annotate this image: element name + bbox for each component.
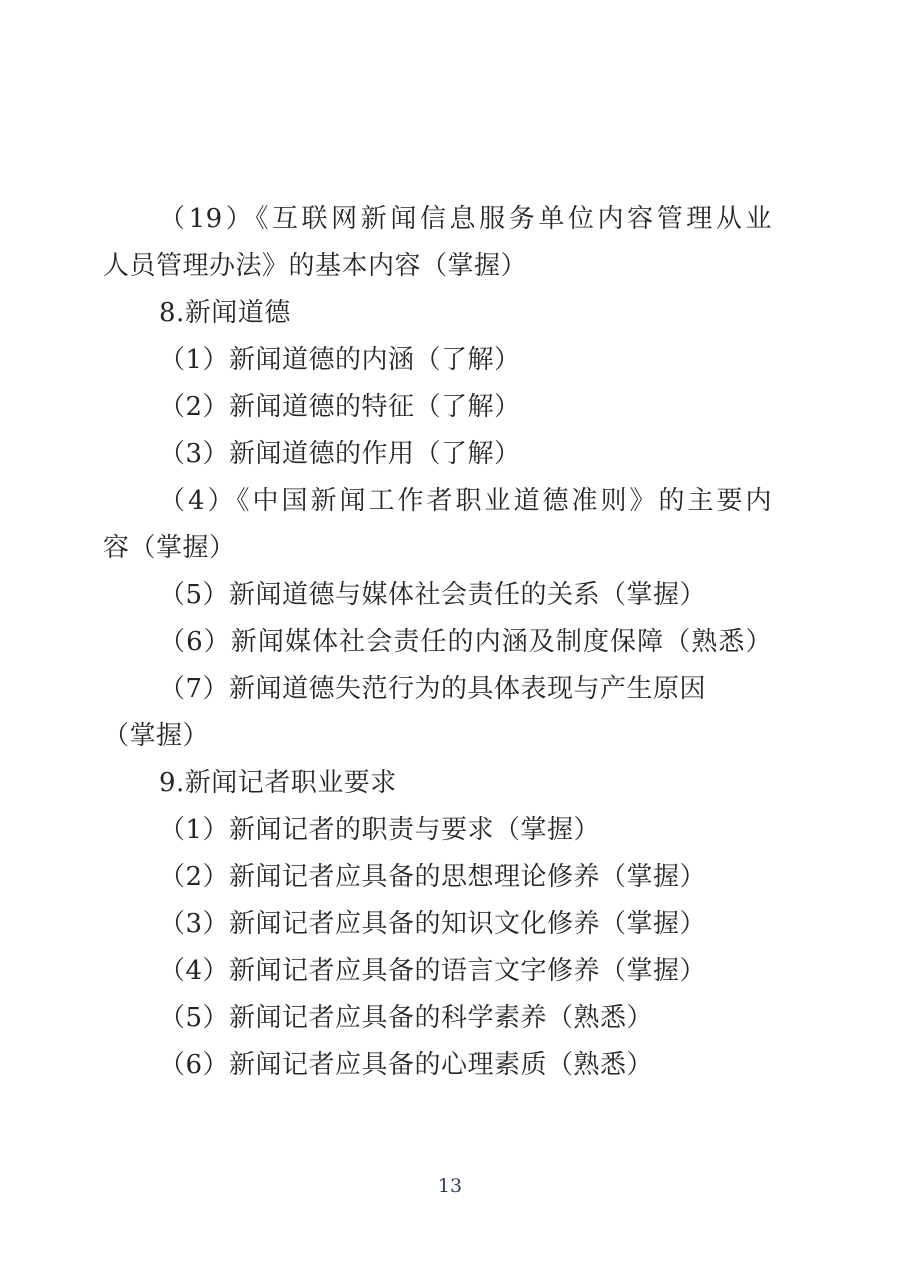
text-line: （2）新闻道德的特征（了解） [103,384,772,431]
text-line: （4）《中国新闻工作者职业道德准则》的主要内 [103,478,772,525]
text-line: （3）新闻道德的作用（了解） [103,431,772,478]
text-line: （2）新闻记者应具备的思想理论修养（掌握） [103,854,772,901]
text-line: （6）新闻记者应具备的心理素质（熟悉） [103,1042,772,1089]
document-text-block: （19）《互联网新闻信息服务单位内容管理从业人员管理办法》的基本内容（掌握）8.… [103,196,772,1089]
section-heading-line: 9.新闻记者职业要求 [103,760,772,807]
text-line: （19）《互联网新闻信息服务单位内容管理从业 [103,196,772,243]
text-line: （5）新闻记者应具备的科学素养（熟悉） [103,995,772,1042]
text-line: （6）新闻媒体社会责任的内涵及制度保障（熟悉） [103,619,772,666]
section-heading-line: 8.新闻道德 [103,290,772,337]
document-page: （19）《互联网新闻信息服务单位内容管理从业人员管理办法》的基本内容（掌握）8.… [0,0,900,1272]
text-line: （3）新闻记者应具备的知识文化修养（掌握） [103,901,772,948]
text-line: （掌握） [103,713,772,760]
text-line: 人员管理办法》的基本内容（掌握） [103,243,772,290]
text-line: （4）新闻记者应具备的语言文字修养（掌握） [103,948,772,995]
text-line: （1）新闻记者的职责与要求（掌握） [103,807,772,854]
text-line: （7）新闻道德失范行为的具体表现与产生原因 [103,666,772,713]
page-number: 13 [0,1172,900,1200]
text-line: （1）新闻道德的内涵（了解） [103,337,772,384]
text-line: （5）新闻道德与媒体社会责任的关系（掌握） [103,572,772,619]
text-line: 容（掌握） [103,525,772,572]
